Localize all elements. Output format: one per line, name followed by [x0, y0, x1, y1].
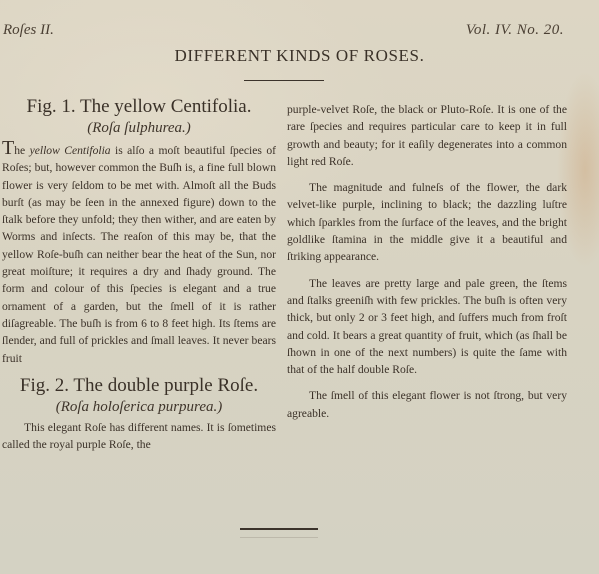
- fig2-paragraph: This elegant Roſe has different names. I…: [2, 419, 276, 454]
- running-head-section: Roſes II.: [3, 22, 54, 39]
- fig1-body: is alſo a moſt beautiful ſpecies of Roſe…: [2, 144, 276, 365]
- fig2-latin-name: (Roſa holoſerica purpurea.): [2, 398, 276, 417]
- end-divider: [240, 528, 318, 530]
- running-head-volume: Vol. IV. No. 20.: [466, 22, 564, 39]
- fig1-heading: Fig. 1. The yellow Centifolia.: [2, 96, 276, 118]
- right-column: purple-velvet Roſe, the black or Pluto-R…: [287, 101, 567, 422]
- paragraph: The leaves are pretty large and pale gre…: [287, 275, 567, 379]
- title-divider: [244, 80, 324, 81]
- end-divider-shadow: [240, 537, 318, 538]
- intro-italic: yellow Centifolia: [30, 144, 111, 157]
- drop-cap: T: [2, 137, 14, 159]
- intro-text: he: [14, 144, 29, 157]
- left-column: Fig. 1. The yellow Centifolia. (Roſa ſul…: [2, 96, 276, 453]
- paragraph: purple-velvet Roſe, the black or Pluto-R…: [287, 101, 567, 170]
- book-page: Roſes II. Vol. IV. No. 20. DIFFERENT KIN…: [0, 0, 599, 574]
- page-title: DIFFERENT KINDS OF ROSES.: [0, 46, 599, 66]
- fig2-heading: Fig. 2. The double purple Roſe.: [2, 375, 276, 397]
- paragraph: The ſmell of this elegant flower is not …: [287, 387, 567, 422]
- paragraph: The magnitude and fulneſs of the flower,…: [287, 179, 567, 265]
- fig1-latin-name: (Roſa ſulphurea.): [2, 119, 276, 138]
- fig1-paragraph: The yellow Centifolia is alſo a moſt bea…: [2, 140, 276, 367]
